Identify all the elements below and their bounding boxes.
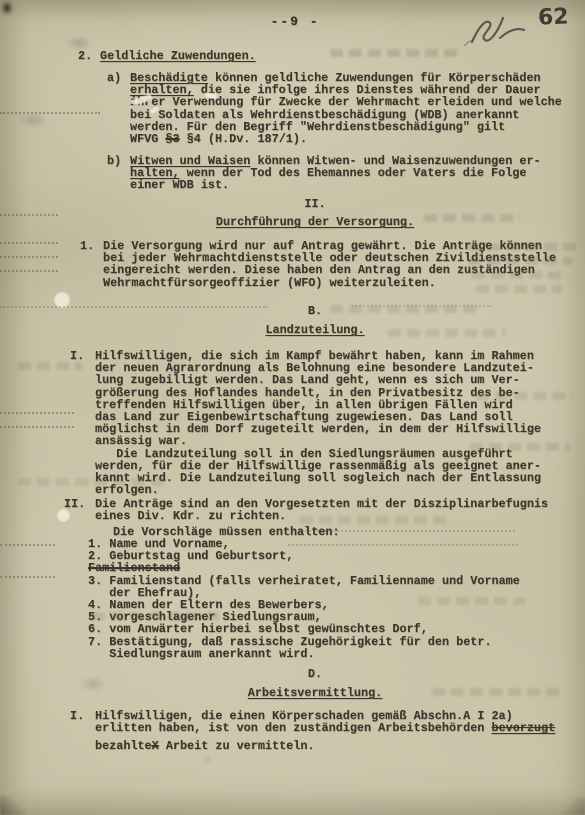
dotted-line: [0, 214, 58, 216]
text-run: einer WDB ist.: [130, 178, 229, 192]
bleedthrough-text: [330, 49, 458, 57]
list-label: a): [107, 72, 121, 84]
text-run: bezahlte: [95, 739, 152, 753]
bleedthrough-text: [424, 214, 520, 222]
list-label: 1.: [80, 240, 94, 252]
dotted-line: [300, 530, 515, 532]
bleedthrough-text: [388, 329, 506, 337]
text-run: D.: [308, 667, 322, 681]
para-b: b)Witwen und Waisen können Witwen- und W…: [130, 155, 541, 192]
text-run: wenn der Tod des Ehemannes oder Vaters d…: [180, 166, 527, 180]
dotted-line: [352, 305, 492, 307]
bleedthrough-text: [476, 392, 572, 400]
text-run: Siedlungsraum anerkannt wird.: [88, 647, 315, 661]
text-run: eines Div. Kdr. zu richten.: [95, 509, 286, 523]
text-run: X: [152, 739, 159, 753]
dotted-line: [0, 412, 74, 414]
page-number: --9 -: [240, 14, 350, 29]
dotted-line: [0, 270, 58, 272]
smudge-mark: [66, 36, 92, 50]
text-run: Durchführung der Versorgung.: [216, 215, 414, 229]
bleedthrough-text: [472, 271, 568, 279]
bleedthrough-text: [300, 516, 450, 524]
smudge-mark: [18, 112, 48, 128]
text-line: Siedlungsraum anerkannt wird.: [88, 648, 520, 660]
dotted-line: [0, 426, 74, 428]
text-run: B.: [308, 304, 322, 318]
dotted-line: [288, 544, 518, 546]
text-line: erfolgen.: [95, 484, 541, 496]
text-run: Arbeit zu vermitteln.: [159, 739, 315, 753]
dotted-line: [0, 306, 268, 308]
dotted-line: [0, 242, 58, 244]
text-run: erlitten haben, ist von den zuständigen …: [95, 721, 491, 735]
pencil-mark: [462, 6, 542, 52]
para-bezahlte-arbeit: bezahlteX Arbeit zu vermitteln.: [95, 740, 314, 752]
dotted-line: [0, 544, 55, 546]
bleedthrough-text: [470, 443, 570, 451]
punch-hole: [56, 508, 71, 523]
bleedthrough-text: [432, 688, 560, 696]
dotted-line: [0, 576, 55, 578]
text-run: bevorzugt: [491, 721, 555, 735]
text-run: Wehrmachtfürsorgeoffizier (WFO) weiterzu…: [103, 276, 436, 290]
list-label: 2.: [78, 50, 92, 62]
corner-stain: [560, 798, 585, 815]
para-I-arbeit: I.Hilfswilligen, die einen Körperschaden…: [95, 710, 555, 734]
text-run: WFVG: [130, 132, 165, 146]
bleedthrough-text: [476, 285, 562, 293]
scanned-document-page: --9 - 62 2.Geldliche Zuwendungen.a)Besch…: [0, 0, 585, 815]
text-line: einer WDB ist.: [130, 179, 541, 191]
list-label: I.: [70, 710, 84, 722]
folio-number: 62: [538, 4, 569, 30]
smudge-mark: [80, 676, 106, 692]
para-I-land: I.Hilfswilligen, die sich im Kampf bewäh…: [95, 350, 541, 496]
text-line: WFVG §3 §4 (H.Dv. 187/1).: [130, 133, 562, 145]
dotted-line: [0, 256, 58, 258]
text-run: II.: [304, 197, 325, 211]
bleedthrough-text: [18, 362, 82, 370]
heading-II: II.: [45, 198, 585, 210]
text-run: Geldliche Zuwendungen.: [100, 49, 256, 63]
text-run: Landzuteilung.: [265, 323, 364, 337]
text-run: Arbeitsvermittlung.: [248, 686, 383, 700]
list-label: b): [107, 155, 121, 167]
dotted-line: [0, 112, 100, 114]
text-line: bezahlteX Arbeit zu vermitteln.: [95, 740, 314, 752]
text-line: II.: [45, 198, 585, 210]
bleedthrough-text: [18, 478, 168, 486]
corner-stain: [0, 796, 26, 815]
bleedthrough-text: [418, 597, 526, 605]
bleedthrough-text: [92, 612, 224, 620]
text-line: Geldliche Zuwendungen.: [100, 50, 256, 62]
bleedthrough-text: [468, 257, 572, 265]
corner-stain: [0, 0, 14, 16]
bleedthrough-text: [468, 243, 576, 251]
heading-geldliche-zuwendungen: 2.Geldliche Zuwendungen.: [100, 50, 256, 62]
heading-D: D.: [45, 668, 585, 680]
text-run: §4 (H.Dv. 187/1).: [180, 132, 307, 146]
text-line: erlitten haben, ist von den zuständigen …: [95, 722, 555, 734]
list-label: I.: [70, 350, 84, 362]
text-run: §3: [165, 132, 179, 146]
smudge-mark: [204, 756, 211, 763]
text-line: D.: [45, 668, 585, 680]
para-a: a)Beschädigte können geldliche Zuwendung…: [130, 72, 562, 145]
